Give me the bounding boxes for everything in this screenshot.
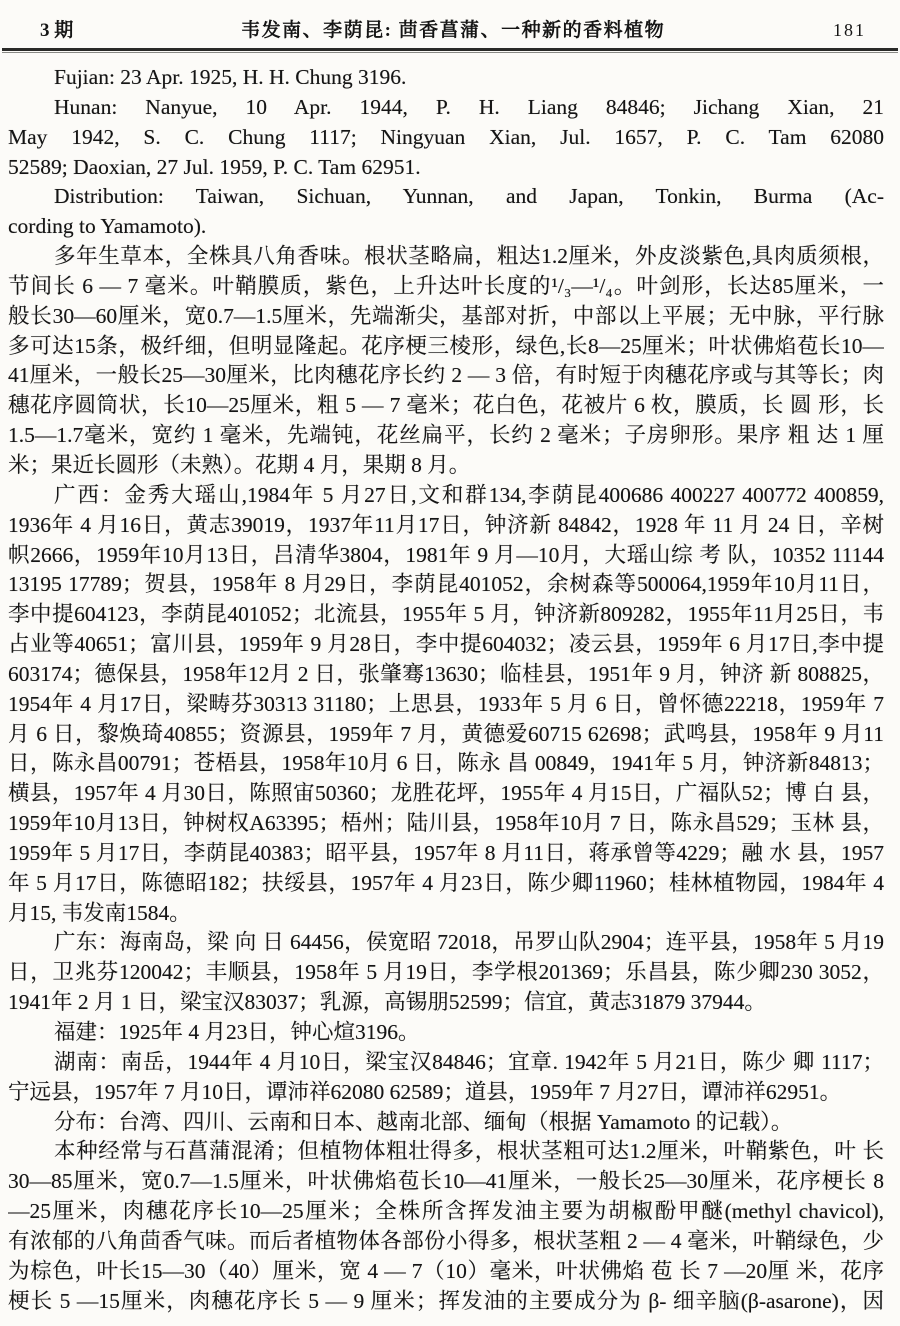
page-header: 3 期 韦发南、李荫昆: 茴香菖蒲、一种新的香料植物 181 [0, 0, 900, 46]
text-line: 横县，1957年 4 月30日，陈照宙50360；龙胜花坪，1955年 4 月1… [8, 779, 884, 809]
text-line: 1959年10月13日，钟树权A63395；梧州；陆川县，1958年10月 7 … [8, 809, 884, 839]
text-line: 般长30—60厘米，宽0.7—1.5厘米，先端渐尖，基部对折，中部以上平展；无中… [8, 302, 884, 332]
text-line: cording to Yamamoto). [8, 212, 884, 242]
text-line: 1936年 4 月16日，黄志39019，1937年11月17日，钟济新 848… [8, 511, 884, 541]
text-line: 日，陈永昌00791；苍梧县，1958年10月 6 日，陈永 昌 00849，1… [8, 749, 884, 779]
text-line: 41厘米，一般长25—30厘米，比肉穗花序长约 2 — 3 倍，有时短于肉穗花序… [8, 361, 884, 391]
text-line: Distribution: Taiwan, Sichuan, Yunnan, a… [8, 182, 884, 212]
issue-number: 3 期 [40, 15, 73, 42]
text-line: 梗长 5 —15厘米，肉穗花序长 5 — 9 厘米；挥发油的主要成分为 β- 细… [8, 1287, 884, 1317]
header-rule-thick [2, 48, 898, 51]
text-line: 多可达15条，极纤细，但明显隆起。花序梗三棱形，绿色,长8—25厘米；叶状佛焰苞… [8, 332, 884, 362]
text-line: 月15, 韦发南1584。 [8, 899, 884, 929]
text-line: 日，卫兆芬120042；丰顺县，1958年 5 月19日，李学根201369；乐… [8, 958, 884, 988]
text-line: —25厘米，肉穗花序长10—25厘米；全株所含挥发油主要为胡椒酚甲醚(methy… [8, 1197, 884, 1227]
text-line: 帜2666，1959年10月13日，吕清华3804，1981年 9 月—10月，… [8, 541, 884, 571]
text-line: Fujian: 23 Apr. 1925, H. H. Chung 3196. [8, 63, 884, 93]
text-line: 广东：海南岛，梁 向 日 64456，侯宽昭 72018，吊罗山队2904；连平… [8, 928, 884, 958]
text-line: 本种经常与石菖蒲混淆；但植物体粗壮得多，根状茎粗可达1.2厘米，叶鞘紫色，叶 长 [8, 1137, 884, 1167]
text-line: May 1942, S. C. Chung 1117; Ningyuan Xia… [8, 123, 884, 153]
text-line: 603174；德保县，1958年12月 2 日，张肇骞13630；临桂县，195… [8, 660, 884, 690]
page-number: 181 [833, 20, 866, 41]
text-line: 宁远县，1957年 7 月10日，谭沛祥62080 62589；道县，1959年… [8, 1078, 884, 1108]
text-line: 年 5 月17日，陈德昭182；扶绥县，1957年 4 月23日，陈少卿1196… [8, 869, 884, 899]
text-line: 1954年 4 月17日，梁畴芬30313 31180；上思县，1933年 5 … [8, 690, 884, 720]
page-body: Fujian: 23 Apr. 1925, H. H. Chung 3196. … [0, 53, 900, 1316]
text-line: 李中提604123，李荫昆401052；北流县，1955年 5 月，钟济新809… [8, 600, 884, 630]
text-line: 30—85厘米，宽0.7—1.5厘米，叶状佛焰苞长10—41厘米，一般长25—3… [8, 1167, 884, 1197]
text-line: 为棕色，叶长15—30（40）厘米，宽 4 — 7（10）毫米，叶状佛焰 苞 长… [8, 1257, 884, 1287]
text-line: 1941年 2 月 1 日，梁宝汉83037；乳源，高锡朋52599；信宜，黄志… [8, 988, 884, 1018]
text-line: 1959年 5 月17日，李荫昆40383；昭平县，1957年 8 月11日，蒋… [8, 839, 884, 869]
running-title: 韦发南、李荫昆: 茴香菖蒲、一种新的香料植物 [241, 15, 665, 42]
text-line: 有浓郁的八角茴香气味。而后者植物体各部份小得多，根状茎粗 2 — 4 毫米，叶鞘… [8, 1227, 884, 1257]
text-line: 湖南：南岳，1944年 4 月10日，梁宝汉84846；宜章. 1942年 5 … [8, 1048, 884, 1078]
text-line: 13195 17789；贺县，1958年 8 月29日，李荫昆401052，余树… [8, 570, 884, 600]
text-line: 广西：金秀大瑶山,1984年 5 月27日,文和群134,李荫昆400686 4… [8, 481, 884, 511]
scanned-journal-page: 3 期 韦发南、李荫昆: 茴香菖蒲、一种新的香料植物 181 Fujian: 2… [0, 0, 900, 1326]
text-line: 米；果近长圆形（未熟）。花期 4 月，果期 8 月。 [8, 451, 884, 481]
text-line: 分布：台湾、四川、云南和日本、越南北部、缅甸（根据 Yamamoto 的记载）。 [8, 1108, 884, 1138]
text-line: 福建：1925年 4 月23日，钟心煊3196。 [8, 1018, 884, 1048]
text-line: 月 6 日，黎焕琦40855；资源县，1959年 7 月，黄德爱60715 62… [8, 720, 884, 750]
text-line: Hunan: Nanyue, 10 Apr. 1944, P. H. Liang… [8, 93, 884, 123]
text-line: 穗花序圆筒状，长10—25厘米，粗 5 — 7 毫米；花白色，花被片 6 枚，膜… [8, 391, 884, 421]
text-line: 多年生草本，全株具八角香味。根状茎略扁，粗达1.2厘米，外皮淡紫色,具肉质须根， [8, 242, 884, 272]
text-line: 节间长 6 — 7 毫米。叶鞘膜质，紫色，上升达叶长度的¹/₃—¹/₄。叶剑形，… [8, 272, 884, 302]
text-line: 占业等40651；富川县，1959年 9 月28日，李中提604032；凌云县，… [8, 630, 884, 660]
text-line: 52589; Daoxian, 27 Jul. 1959, P. C. Tam … [8, 153, 884, 183]
text-line: 1.5—1.7毫米，宽约 1 毫米，先端钝，花丝扁平，长约 2 毫米；子房卵形。… [8, 421, 884, 451]
